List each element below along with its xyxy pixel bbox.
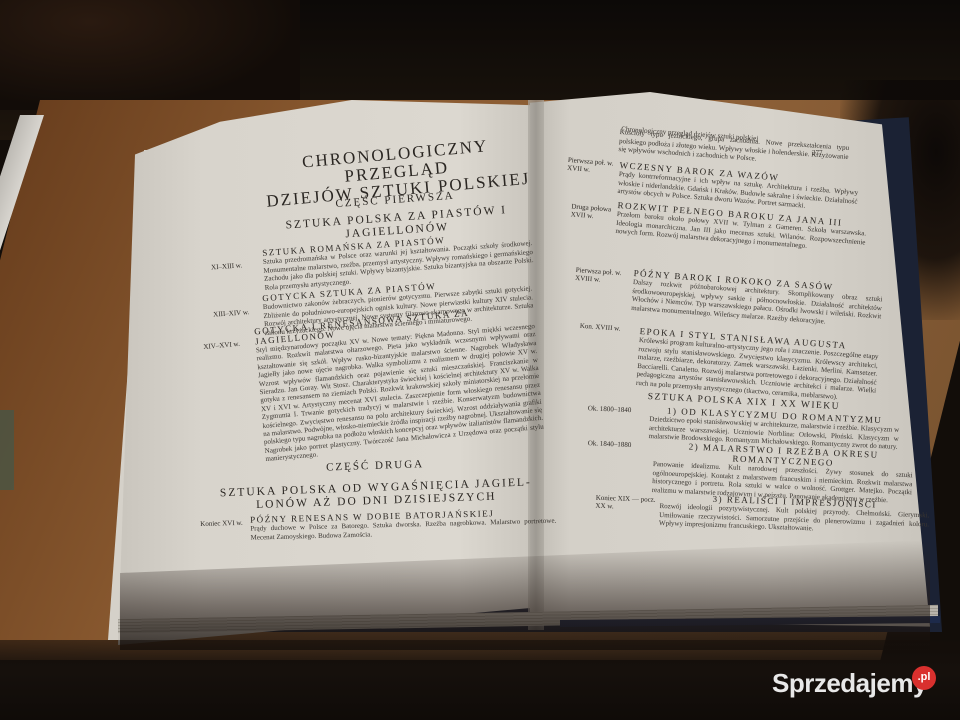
period-label: Koniec XIX — pocz. XX w. (595, 494, 656, 512)
background-object (0, 0, 300, 110)
watermark-badge-icon: .pl (912, 666, 936, 690)
chronology-entry: XIV–XVI w. GOTYCKA I RENESANSOWA SZTUKA … (214, 302, 545, 467)
period-label: XI–XIII w. (211, 261, 251, 272)
period-label: Druga połowa XVII w. (570, 202, 615, 221)
photo-scene: CHRONOLOGICZNY PRZEGLĄD DZIEJÓW SZTUKI P… (0, 0, 960, 720)
period-label: Pierwsza poł. w. XVIII w. (575, 266, 626, 285)
watermark-logo: Sprzedajemy (772, 668, 927, 699)
period-label: XIII–XIV w. (213, 308, 257, 319)
background-object (0, 410, 14, 490)
watermark-tld: .pl (918, 671, 931, 683)
period-label: Koniec XVI w. (200, 519, 248, 528)
entry-text: Styl międzynarodowy początku XV w. Nowe … (256, 322, 545, 464)
watermark-brand: Sprzedajemy (772, 668, 927, 698)
